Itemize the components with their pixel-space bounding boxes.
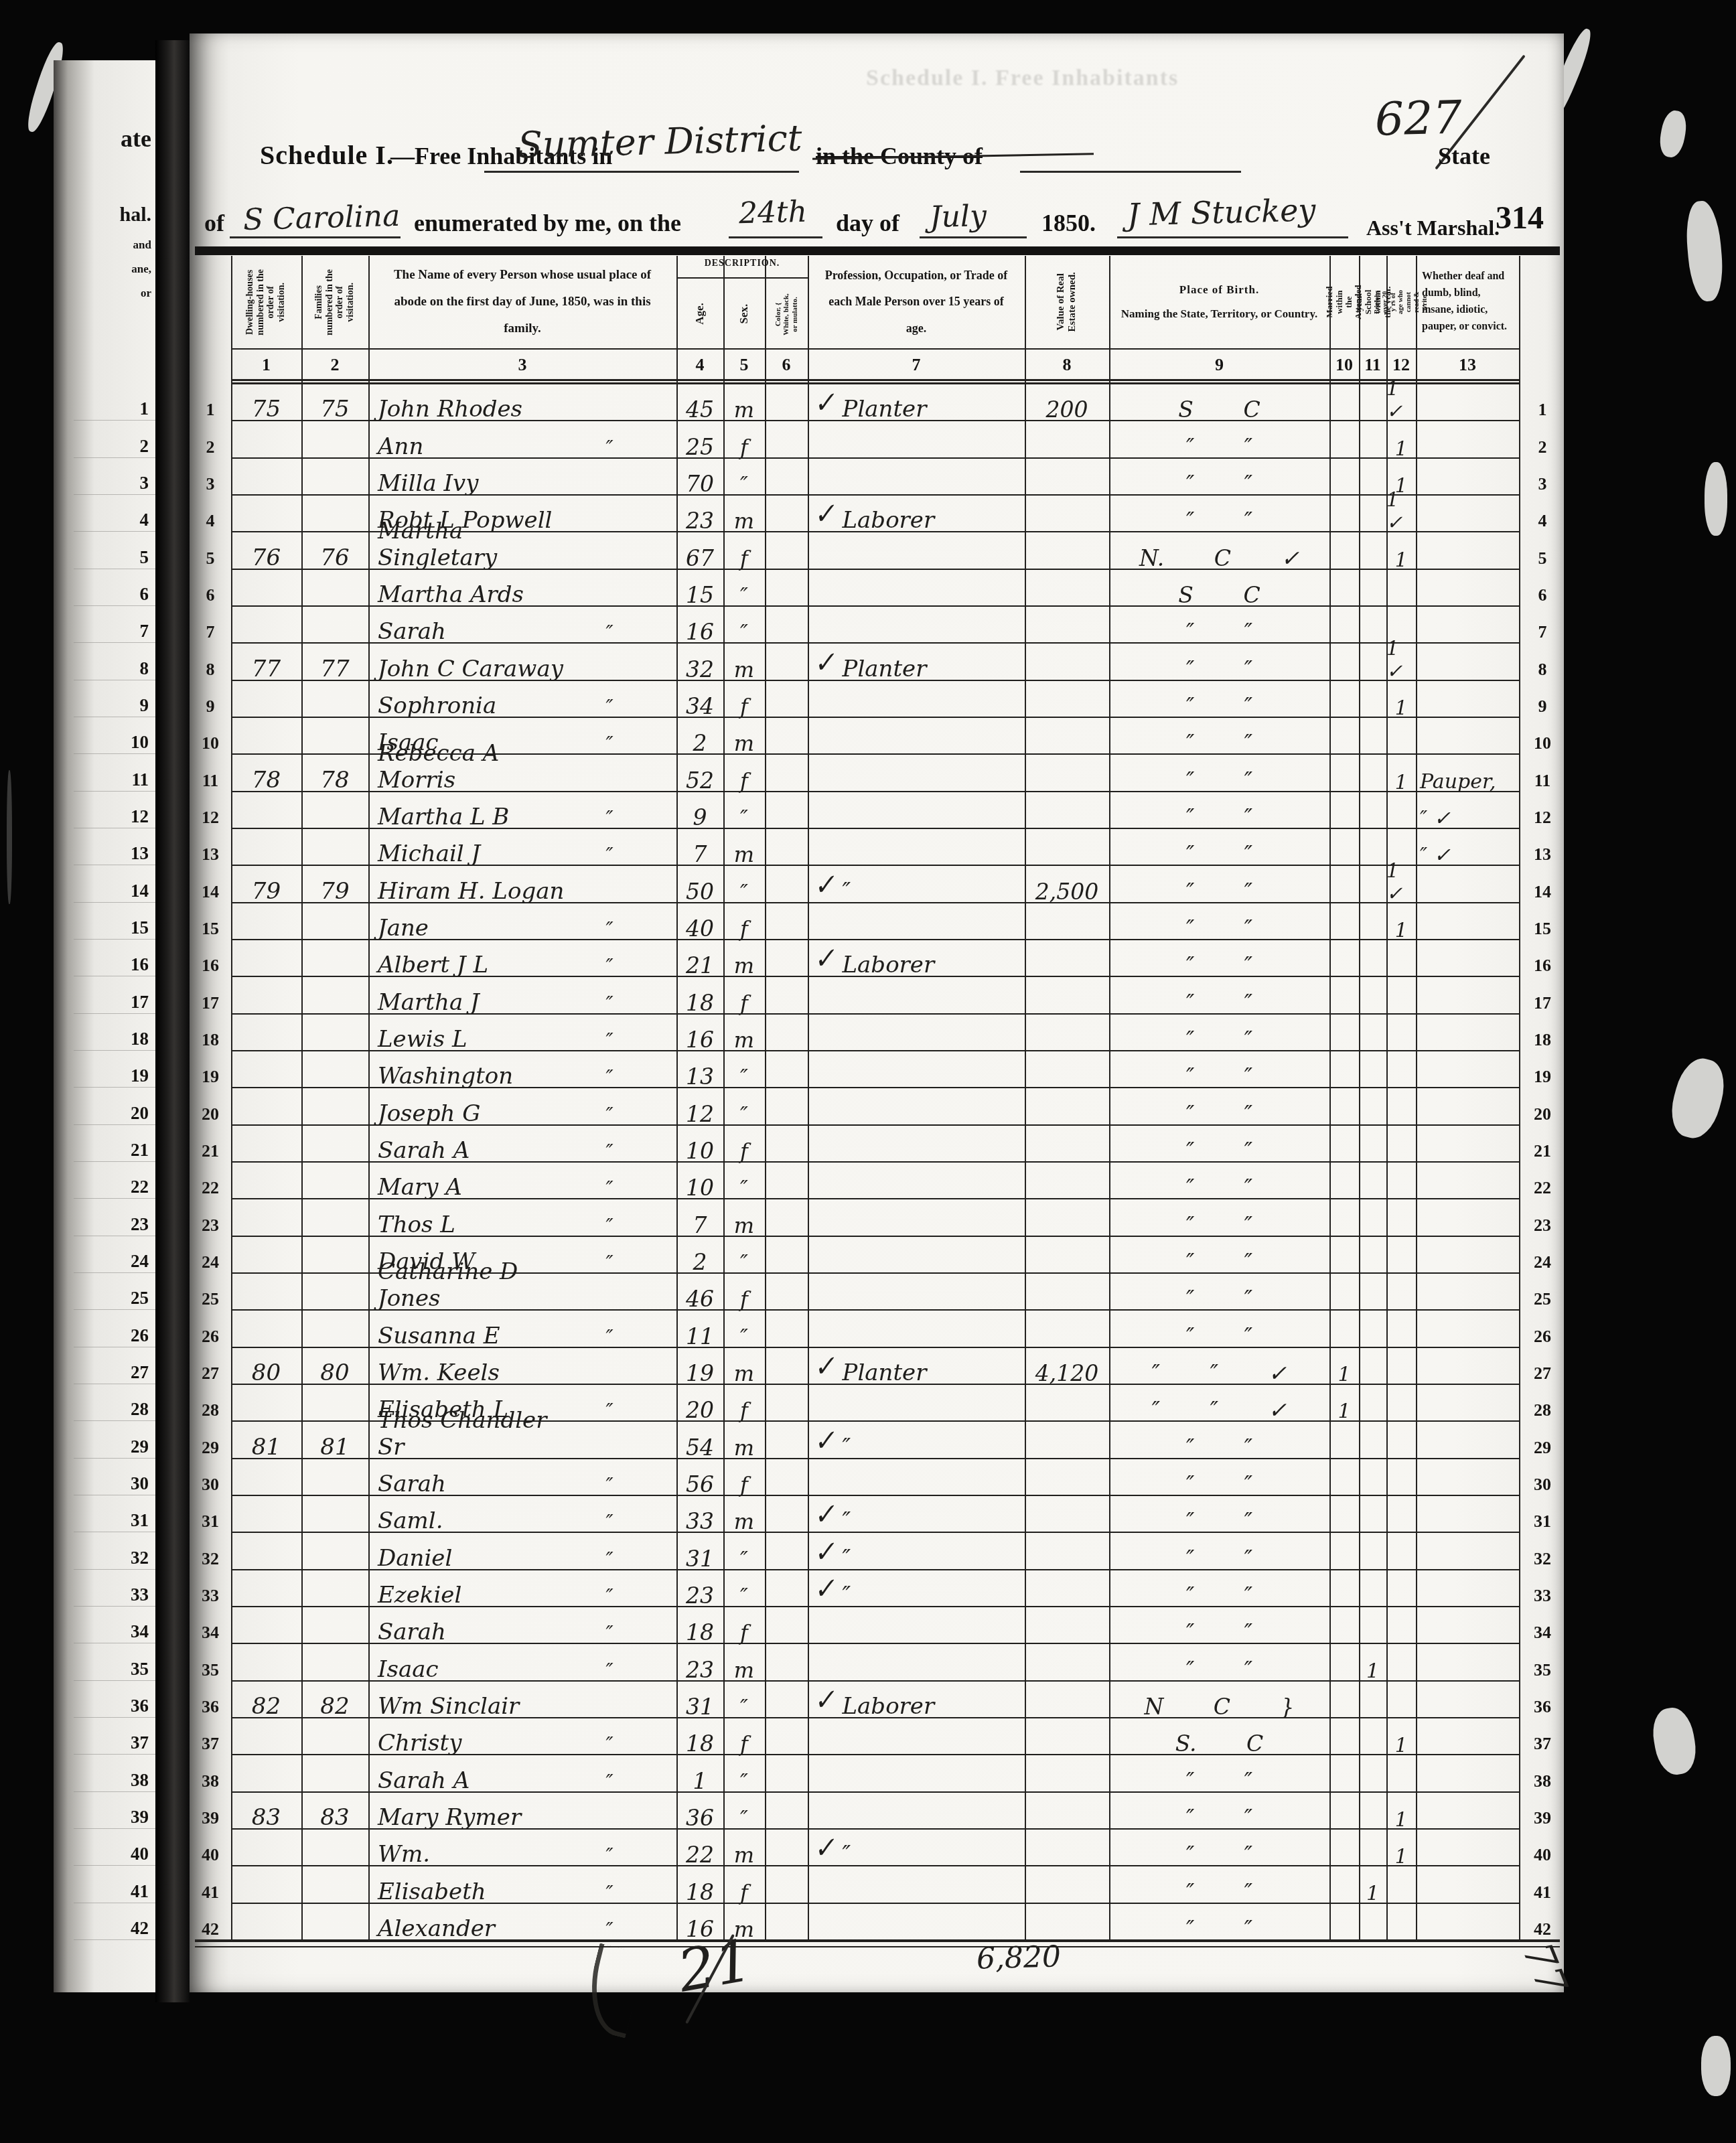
birthplace: ″ ″ <box>1109 656 1329 682</box>
row-number-left: 27 <box>194 1347 227 1384</box>
birthplace: ″ ″ <box>1109 1546 1329 1572</box>
row-number-right: 4 <box>1524 494 1561 531</box>
sex-value: ″ <box>723 1324 765 1349</box>
person-name: Christy <box>378 1730 579 1757</box>
sex-value: ″ <box>723 583 765 608</box>
edge-row-line <box>74 1124 155 1125</box>
column-header-3-label: The Name of every Person whose usual pla… <box>382 262 663 342</box>
row-number-left: 16 <box>194 939 227 976</box>
occupation: ✓″ <box>813 1837 1021 1868</box>
edge-row-line <box>74 865 155 865</box>
age-value: 36 <box>676 1805 723 1831</box>
age-value: 46 <box>676 1286 723 1312</box>
birthplace: ″ ″ <box>1109 804 1329 830</box>
row-number-left: 22 <box>194 1161 227 1198</box>
ghost-bleed-text: Schedule I. Free Inhabitants <box>866 66 1179 91</box>
age-value: 45 <box>676 396 723 423</box>
table-row: 8181Thos Chandler Sr54m✓″″ ″ <box>231 1420 1519 1459</box>
birthplace: ″ ″ <box>1109 841 1329 867</box>
column-header-7-label: Profession, Occupation, or Trade of each… <box>817 263 1015 342</box>
person-name: Hiram H. Logan <box>378 878 579 905</box>
birthplace: ″ ″ <box>1109 1916 1329 1942</box>
column-header-8: Value of Real Estate owned. <box>1025 256 1109 348</box>
age-value: 7 <box>676 1212 723 1238</box>
sex-value: ″ <box>723 1102 765 1127</box>
sex-value: f <box>723 1472 765 1497</box>
age-value: 56 <box>676 1471 723 1497</box>
sex-value: m <box>723 1027 765 1053</box>
age-value: 67 <box>676 545 723 571</box>
person-name: Joseph G <box>378 1100 579 1127</box>
table-row: Albert J L″21m✓Laborer″ ″ <box>231 939 1519 977</box>
column-number: 6 <box>765 351 808 379</box>
name-ditto: ″ <box>586 1029 633 1053</box>
pen-scrawl <box>579 1943 646 2038</box>
birthplace: N C } <box>1109 1694 1329 1720</box>
occupation: ✓Laborer <box>813 948 1021 978</box>
occupation: ✓″ <box>813 1503 1021 1534</box>
census-page: Schedule I. Free Inhabitants 627 Schedul… <box>190 33 1564 1992</box>
sex-value: f <box>723 694 765 719</box>
row-number-right: 18 <box>1524 1013 1561 1050</box>
edge-row-line <box>74 828 155 828</box>
edge-row-line <box>74 457 155 458</box>
person-name: Sarah <box>378 1471 579 1497</box>
name-ditto: ″ <box>586 1215 633 1238</box>
edge-row-number: 8 <box>108 660 149 678</box>
table-row: Daniel″31″✓″″ ″ <box>231 1532 1519 1570</box>
name-ditto: ″ <box>586 1400 633 1423</box>
age-value: 19 <box>676 1360 723 1386</box>
row-number-right: 10 <box>1524 717 1561 753</box>
row-number-right: 14 <box>1524 865 1561 901</box>
edge-row-number: 11 <box>108 771 149 789</box>
birthplace: ″ ″ <box>1109 693 1329 719</box>
person-name: Ezekiel <box>378 1582 579 1609</box>
illiterate-mark: 1 ✓ <box>1386 859 1416 905</box>
dwelling-number: 83 <box>231 1804 301 1831</box>
edge-row-number: 15 <box>108 919 149 937</box>
sex-value: ″ <box>723 1583 765 1609</box>
person-name: Thos L <box>378 1211 579 1238</box>
sex-value: m <box>723 842 765 867</box>
of-label: of <box>204 209 224 237</box>
age-value: 11 <box>676 1323 723 1349</box>
table-row: 7575John Rhodes45m✓Planter200S C1 ✓ <box>231 383 1519 421</box>
sex-value: ″ <box>723 1064 765 1090</box>
row-number-left: 13 <box>194 828 227 865</box>
schedule-title: Schedule I. <box>260 139 394 171</box>
edge-row-line <box>74 1903 155 1903</box>
family-number: 83 <box>301 1804 368 1831</box>
prev-page-edge: ate hal. and ane, or 1234567891011121314… <box>54 60 155 1992</box>
name-ditto: ″ <box>586 1733 633 1757</box>
row-number-right: 31 <box>1524 1495 1561 1532</box>
edge-row-line <box>74 1717 155 1718</box>
dwelling-number: 76 <box>231 544 301 571</box>
enumerated-label: enumerated by me, on the <box>414 209 681 237</box>
film-artifact <box>1705 462 1727 536</box>
table-row: 7777John C Caraway32m✓Planter″ ″1 ✓ <box>231 642 1519 680</box>
sex-value: ″ <box>723 471 765 497</box>
age-value: 23 <box>676 508 723 534</box>
page-number: 314 <box>1496 200 1544 236</box>
birthplace: ″ ″ <box>1109 1249 1329 1275</box>
edge-fragment: ane, <box>131 263 151 276</box>
row-number-left: 15 <box>194 902 227 939</box>
occupation-check: ✓ <box>811 498 838 531</box>
row-number-left: 21 <box>194 1124 227 1161</box>
edge-row-number: 26 <box>108 1327 149 1345</box>
table-row: Sarah″18f″ ″ <box>231 1606 1519 1644</box>
age-value: 52 <box>676 767 723 794</box>
birthplace: ″ ″ <box>1109 508 1329 534</box>
edge-row-line <box>74 1458 155 1459</box>
occupation-check: ✓ <box>811 1572 838 1606</box>
dwelling-number: 79 <box>231 878 301 905</box>
edge-row-number: 33 <box>108 1586 149 1604</box>
table-row: Catharine D Jones46f″ ″ <box>231 1272 1519 1311</box>
edge-row-line <box>74 1828 155 1829</box>
name-ditto: ″ <box>586 696 633 719</box>
age-value: 18 <box>676 1730 723 1757</box>
census-scan: ate hal. and ane, or 1234567891011121314… <box>0 0 1736 2143</box>
row-number-right: 8 <box>1524 642 1561 679</box>
birthplace: ″ ″ <box>1109 990 1329 1016</box>
occupation-check: ✓ <box>811 1536 838 1569</box>
edge-row-number: 40 <box>108 1845 149 1863</box>
edge-row-number: 13 <box>108 844 149 863</box>
name-ditto: ″ <box>586 1104 633 1127</box>
name-ditto: ″ <box>586 1771 633 1794</box>
row-number-right: 21 <box>1524 1124 1561 1161</box>
edge-row-number: 28 <box>108 1400 149 1418</box>
birthplace: ″ ″ <box>1109 471 1329 497</box>
edge-row-number: 1 <box>108 400 149 418</box>
row-number-left: 7 <box>194 605 227 642</box>
film-artifact <box>1649 1705 1700 1778</box>
row-number-left: 19 <box>194 1050 227 1087</box>
sex-value: ″ <box>723 805 765 830</box>
row-number-right: 11 <box>1524 753 1561 790</box>
edge-row-number: 22 <box>108 1178 149 1196</box>
table-row: Joseph G″12″″ ″ <box>231 1087 1519 1125</box>
occupation: ✓Laborer <box>813 1689 1021 1720</box>
sex-value: ″ <box>723 1546 765 1572</box>
family-number: 81 <box>301 1434 368 1461</box>
column-header-7: Profession, Occupation, or Trade of each… <box>808 256 1025 348</box>
sex-value: m <box>723 953 765 978</box>
illiterate-mark: 1 <box>1386 919 1416 942</box>
row-number-left: 20 <box>194 1087 227 1124</box>
table-row: Wm.″22m✓″″ ″1 <box>231 1828 1519 1866</box>
edge-row-number: 37 <box>108 1734 149 1752</box>
column-header-9-label: Place of Birth. <box>1179 278 1259 302</box>
row-number-right: 16 <box>1524 939 1561 976</box>
column-number: 11 <box>1359 351 1386 379</box>
edge-row-line <box>74 1754 155 1755</box>
edge-row-number: 9 <box>108 696 149 715</box>
row-number-left: 42 <box>194 1903 227 1939</box>
sex-value: m <box>723 1842 765 1868</box>
sex-value: m <box>723 1509 765 1534</box>
real-estate-total: 6,820 <box>976 1939 1061 1976</box>
row-number-right: 2 <box>1524 420 1561 457</box>
illiterate-mark: 1 <box>1386 696 1416 719</box>
film-artifact <box>1701 2036 1731 2096</box>
column-header-4: Age. <box>676 280 723 348</box>
edge-row-number: 23 <box>108 1215 149 1234</box>
edge-row-number: 32 <box>108 1549 149 1567</box>
row-number-left: 31 <box>194 1495 227 1532</box>
birthplace: ″ ″ <box>1109 619 1329 645</box>
family-number: 82 <box>301 1693 368 1720</box>
family-number: 77 <box>301 656 368 682</box>
edge-row-line <box>74 1050 155 1051</box>
row-number-right: 33 <box>1524 1569 1561 1606</box>
table-row: Ezekiel″23″✓″″ ″ <box>231 1569 1519 1607</box>
edge-row-line <box>74 642 155 643</box>
row-number-right: 24 <box>1524 1236 1561 1272</box>
day-of-label: day of <box>836 209 899 237</box>
row-number-left: 36 <box>194 1680 227 1717</box>
sex-value: f <box>723 1286 765 1312</box>
row-number-left: 24 <box>194 1236 227 1272</box>
table-row: Jane″40f″ ″1 <box>231 902 1519 940</box>
table-row: Sarah A″10f″ ″ <box>231 1124 1519 1163</box>
name-ditto: ″ <box>586 1326 633 1349</box>
sex-value: m <box>723 657 765 682</box>
column-line <box>1519 256 1520 1939</box>
blank-line <box>484 141 799 173</box>
row-number-left: 9 <box>194 680 227 717</box>
person-name: Sarah A <box>378 1767 579 1794</box>
column-number: 10 <box>1329 351 1359 379</box>
row-number-left: 11 <box>194 753 227 790</box>
occupation-check: ✓ <box>811 646 838 680</box>
age-value: 1 <box>676 1768 723 1794</box>
table-row: 8080Wm. Keels19m✓Planter4,120″ ″ ✓1 <box>231 1347 1519 1385</box>
name-ditto: ″ <box>586 807 633 830</box>
illiterate-mark: 1 <box>1386 1734 1416 1757</box>
edge-fragment: ate <box>121 125 151 153</box>
edge-row-number: 30 <box>108 1475 149 1493</box>
row-number-left: 37 <box>194 1717 227 1754</box>
sex-value: f <box>723 990 765 1016</box>
row-number-left: 1 <box>194 383 227 420</box>
edge-row-line <box>74 420 155 421</box>
person-name: Sarah <box>378 618 579 645</box>
name-ditto: ″ <box>586 1659 633 1683</box>
blank-line <box>1020 141 1241 173</box>
family-number: 75 <box>301 396 368 423</box>
person-name: Alexander <box>378 1915 579 1942</box>
age-value: 22 <box>676 1842 723 1868</box>
row-number-right: 27 <box>1524 1347 1561 1384</box>
film-artifact <box>1657 108 1689 159</box>
table-row: Lewis L″16m″ ″ <box>231 1013 1519 1051</box>
table-row: 8282Wm Sinclair31″✓LaborerN C } <box>231 1680 1519 1718</box>
sex-value: f <box>723 435 765 460</box>
column-header-9-sub: Naming the State, Territory, or Country. <box>1121 302 1317 326</box>
person-name: Rebecca A Morris <box>378 740 579 794</box>
folio-number: 627 <box>1374 91 1463 146</box>
person-name: Saml. <box>378 1507 579 1534</box>
row-number-left: 10 <box>194 717 227 753</box>
birthplace: ″ ″ ✓ <box>1109 1397 1329 1423</box>
row-number-right: 9 <box>1524 680 1561 717</box>
real-estate-value: 2,500 <box>1025 879 1109 905</box>
person-name: Daniel <box>378 1545 579 1572</box>
occupation: ✓Laborer <box>813 503 1021 534</box>
person-name: Catharine D Jones <box>378 1258 579 1312</box>
edge-row-number: 16 <box>108 956 149 974</box>
age-value: 15 <box>676 582 723 608</box>
edge-row-number: 4 <box>108 511 149 529</box>
birthplace: S C <box>1109 396 1329 423</box>
occupation: ✓″ <box>813 874 1021 905</box>
table-row: Martha L B″9″″ ″″ ✓ <box>231 791 1519 829</box>
row-number-right: 26 <box>1524 1309 1561 1346</box>
dwelling-number: 81 <box>231 1434 301 1461</box>
birthplace: ″ ″ <box>1109 1805 1329 1831</box>
row-number-left: 5 <box>194 531 227 568</box>
state-label: State <box>1438 142 1490 170</box>
row-number-right: 20 <box>1524 1087 1561 1124</box>
name-ditto: ″ <box>586 1140 633 1164</box>
name-ditto: ″ <box>586 955 633 978</box>
name-ditto: ″ <box>586 437 633 460</box>
table-row: Sarah″56f″ ″ <box>231 1458 1519 1496</box>
table-rule <box>195 1946 1560 1947</box>
name-ditto: ″ <box>586 992 633 1016</box>
blank-line <box>230 206 401 238</box>
age-value: 2 <box>676 730 723 756</box>
row-number-left: 6 <box>194 569 227 605</box>
row-number-right: 19 <box>1524 1050 1561 1087</box>
name-ditto: ″ <box>586 1177 633 1201</box>
age-value: 31 <box>676 1546 723 1572</box>
occupation: ✓″ <box>813 1578 1021 1609</box>
name-ditto: ″ <box>586 1511 633 1534</box>
row-number-right: 6 <box>1524 569 1561 605</box>
edge-row-line <box>74 753 155 754</box>
edge-row-line <box>74 976 155 976</box>
film-artifact <box>1665 1053 1731 1143</box>
person-name: Jane <box>378 915 579 942</box>
occupation: ✓″ <box>813 1430 1021 1461</box>
column-header-9: Place of Birth. Naming the State, Territ… <box>1109 256 1329 348</box>
column-number: 7 <box>808 351 1025 379</box>
row-number-left: 35 <box>194 1643 227 1680</box>
birthplace: ″ ″ <box>1109 1434 1329 1461</box>
birthplace: ″ ″ <box>1109 1323 1329 1349</box>
edge-row-number: 24 <box>108 1252 149 1270</box>
sex-value: ″ <box>723 1250 765 1275</box>
birthplace: ″ ″ <box>1109 730 1329 756</box>
row-number-right: 32 <box>1524 1532 1561 1568</box>
table-row: Saml.″33m✓″″ ″ <box>231 1495 1519 1533</box>
name-ditto: ″ <box>586 1474 633 1497</box>
edge-row-number: 10 <box>108 733 149 751</box>
age-value: 10 <box>676 1175 723 1201</box>
illiterate-mark: 1 ✓ <box>1386 488 1416 534</box>
row-number-right: 42 <box>1524 1903 1561 1939</box>
illiterate-mark: 1 <box>1386 548 1416 571</box>
binding-gutter <box>155 40 190 2002</box>
birthplace: ″ ″ ✓ <box>1109 1360 1329 1386</box>
sex-value: f <box>723 1880 765 1905</box>
age-value: 18 <box>676 1619 723 1645</box>
row-number-left: 14 <box>194 865 227 901</box>
name-ditto: ″ <box>586 918 633 942</box>
row-number-left: 4 <box>194 494 227 531</box>
edge-row-line <box>74 1495 155 1495</box>
birthplace: ″ ″ <box>1109 952 1329 978</box>
sex-value: ″ <box>723 1769 765 1794</box>
edge-row-number: 2 <box>108 437 149 455</box>
row-number-left: 3 <box>194 457 227 494</box>
edge-row-number: 21 <box>108 1141 149 1159</box>
edge-row-line <box>74 494 155 495</box>
person-name: Lewis L <box>378 1026 579 1053</box>
age-value: 32 <box>676 656 723 682</box>
dwelling-number: 77 <box>231 656 301 682</box>
real-estate-value: 4,120 <box>1025 1360 1109 1386</box>
edge-row-line <box>74 680 155 680</box>
occupation-check: ✓ <box>811 386 838 420</box>
person-name: Milla Ivy <box>378 470 579 497</box>
age-value: 31 <box>676 1694 723 1720</box>
age-value: 50 <box>676 879 723 905</box>
birthplace: ″ ″ <box>1109 1768 1329 1794</box>
edge-row-line <box>74 1532 155 1532</box>
edge-fragment: hal. <box>119 204 151 226</box>
birthplace: ″ ″ <box>1109 1619 1329 1645</box>
person-name: Washington <box>378 1063 579 1090</box>
column-header-2-label: Families numbered in the order of visita… <box>314 269 356 336</box>
dwelling-number: 78 <box>231 767 301 794</box>
edge-row-number: 5 <box>108 548 149 567</box>
person-name: Martha J <box>378 989 579 1016</box>
edge-row-number: 35 <box>108 1660 149 1678</box>
birthplace: N. C ✓ <box>1109 545 1329 571</box>
illiterate-mark: 1 ✓ <box>1386 637 1416 682</box>
edge-row-line <box>74 1272 155 1273</box>
sex-value: ″ <box>723 1805 765 1831</box>
table-row: Alexander″16m″ ″ <box>231 1903 1519 1941</box>
edge-row-number: 20 <box>108 1104 149 1122</box>
sex-value: m <box>723 1435 765 1461</box>
row-number-right: 22 <box>1524 1161 1561 1198</box>
edge-row-line <box>74 1347 155 1347</box>
edge-row-line <box>74 1384 155 1384</box>
illiterate-mark: 1 <box>1386 437 1416 460</box>
person-name: John C Caraway <box>378 656 579 682</box>
table-row: Elisabeth″18f″ ″1 <box>231 1865 1519 1903</box>
column-number: 12 <box>1386 351 1416 379</box>
edge-row-number: 38 <box>108 1771 149 1789</box>
age-value: 18 <box>676 1879 723 1905</box>
dwelling-number: 75 <box>231 396 301 423</box>
table-row: Milla Ivy70″″ ″1 <box>231 457 1519 496</box>
edge-row-line <box>74 1013 155 1014</box>
age-value: 7 <box>676 841 723 867</box>
sex-value: ″ <box>723 1694 765 1720</box>
table-row: Washington″13″″ ″ <box>231 1050 1519 1088</box>
edge-row-line <box>74 605 155 606</box>
person-name: John Rhodes <box>378 396 579 423</box>
